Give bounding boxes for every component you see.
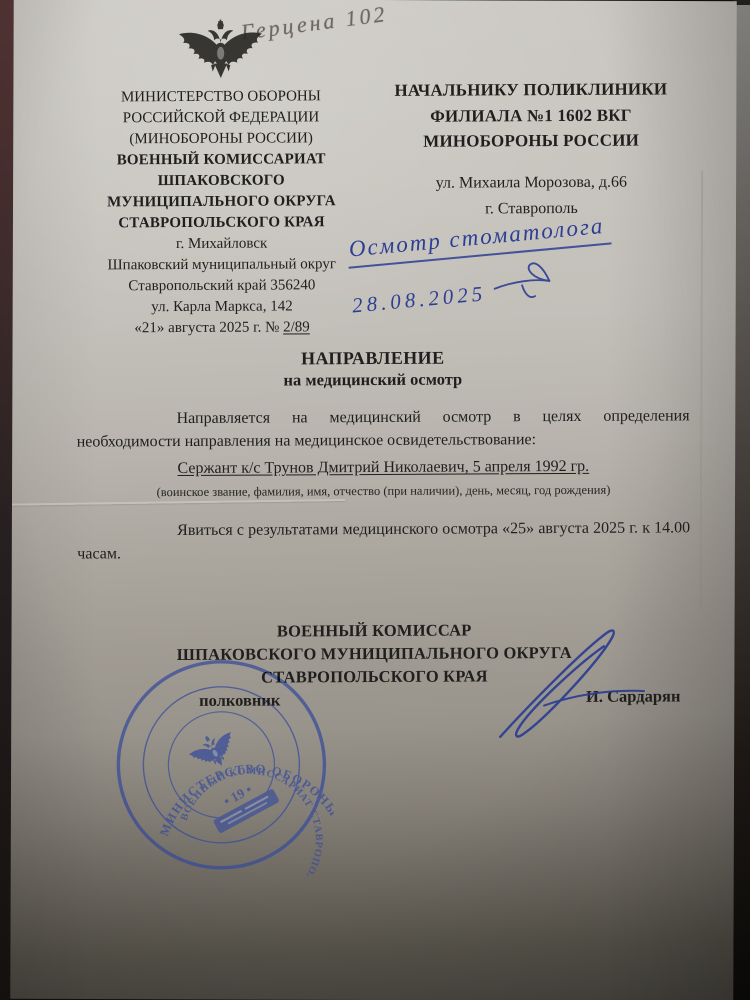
sender-commissariat-line: СТАВРОПОЛЬСКОГО КРАЯ <box>65 212 377 235</box>
document-photo: Герцена 102 МИНИСТЕРСТВО ОБОРОНЫ РОССИЙС… <box>0 0 750 1000</box>
round-official-stamp: МИНИСТЕРСТВО ОБОРОНЫ РОССИЙСКОЙ ФЕДЕРАЦИ… <box>109 652 334 877</box>
sender-ref-number: 2/89 <box>283 319 310 335</box>
document-title-line1: НАПРАВЛЕНИЕ <box>11 346 734 371</box>
sender-commissariat-line: МУНИЦИПАЛЬНОГО ОКРУГА <box>65 191 377 214</box>
recipient-title-line: МИНОБОРОНЫ РОССИИ <box>353 127 709 154</box>
paper-sheet: Герцена 102 МИНИСТЕРСТВО ОБОРОНЫ РОССИЙС… <box>10 0 736 1000</box>
body-paragraph-1: Направляется на медицинский осмотр в цел… <box>77 404 690 454</box>
document-title: НАПРАВЛЕНИЕ на медицинский осмотр <box>11 346 734 392</box>
recipient-title-line: НАЧАЛЬНИКУ ПОЛИКЛИНИКИ <box>353 76 709 103</box>
sender-address-line: г. Михайловск <box>66 233 378 256</box>
pen-flourish-icon <box>485 254 559 306</box>
sender-block: МИНИСТЕРСТВО ОБОРОНЫ РОССИЙСКОЙ ФЕДЕРАЦИ… <box>65 86 378 340</box>
body-paragraph-2: Явиться с результатами медицинского осмо… <box>77 516 690 566</box>
person-line-text: Сержант к/с Трунов Дмитрий Николаевич, 5… <box>177 458 589 477</box>
recipient-block: НАЧАЛЬНИКУ ПОЛИКЛИНИКИ ФИЛИАЛА №1 1602 В… <box>353 76 710 223</box>
sender-address-line: Ставропольский край 356240 <box>66 275 378 298</box>
sender-org-line: (МИНОБОРОНЫ РОССИИ) <box>65 128 377 151</box>
document-content: Герцена 102 МИНИСТЕРСТВО ОБОРОНЫ РОССИЙС… <box>9 0 737 1000</box>
sender-address-line: ул. Карла Маркса, 142 <box>66 296 378 319</box>
person-line: Сержант к/с Трунов Дмитрий Николаевич, 5… <box>77 455 690 481</box>
document-title-line2: на медицинский осмотр <box>11 368 734 392</box>
sender-date-line: «21» августа 2025 г. № 2/89 <box>66 317 378 340</box>
sender-commissariat-line: ШПАКОВСКОГО <box>65 170 377 193</box>
ministry-eagle-emblem-icon <box>172 19 268 84</box>
sender-address-line: Шпаковский муниципальный округ <box>66 254 378 277</box>
pen-signature-icon <box>486 626 662 745</box>
sender-commissariat-line: ВОЕННЫЙ КОМИССАРИАТ <box>65 149 377 172</box>
sender-org-line: РОССИЙСКОЙ ФЕДЕРАЦИИ <box>65 107 377 130</box>
recipient-address-line: ул. Михаила Морозова, д.66 <box>353 169 709 197</box>
document-body: Направляется на медицинский осмотр в цел… <box>77 404 691 565</box>
recipient-title-line: ФИЛИАЛА №1 1602 ВКГ <box>353 102 709 129</box>
sender-date-prefix: «21» августа 2025 г. № <box>134 319 283 336</box>
handwritten-date: 28.08.2025 <box>351 281 487 318</box>
person-line-caption: (воинское звание, фамилия, имя, отчество… <box>77 480 690 501</box>
sender-org-line: МИНИСТЕРСТВО ОБОРОНЫ <box>65 86 377 109</box>
